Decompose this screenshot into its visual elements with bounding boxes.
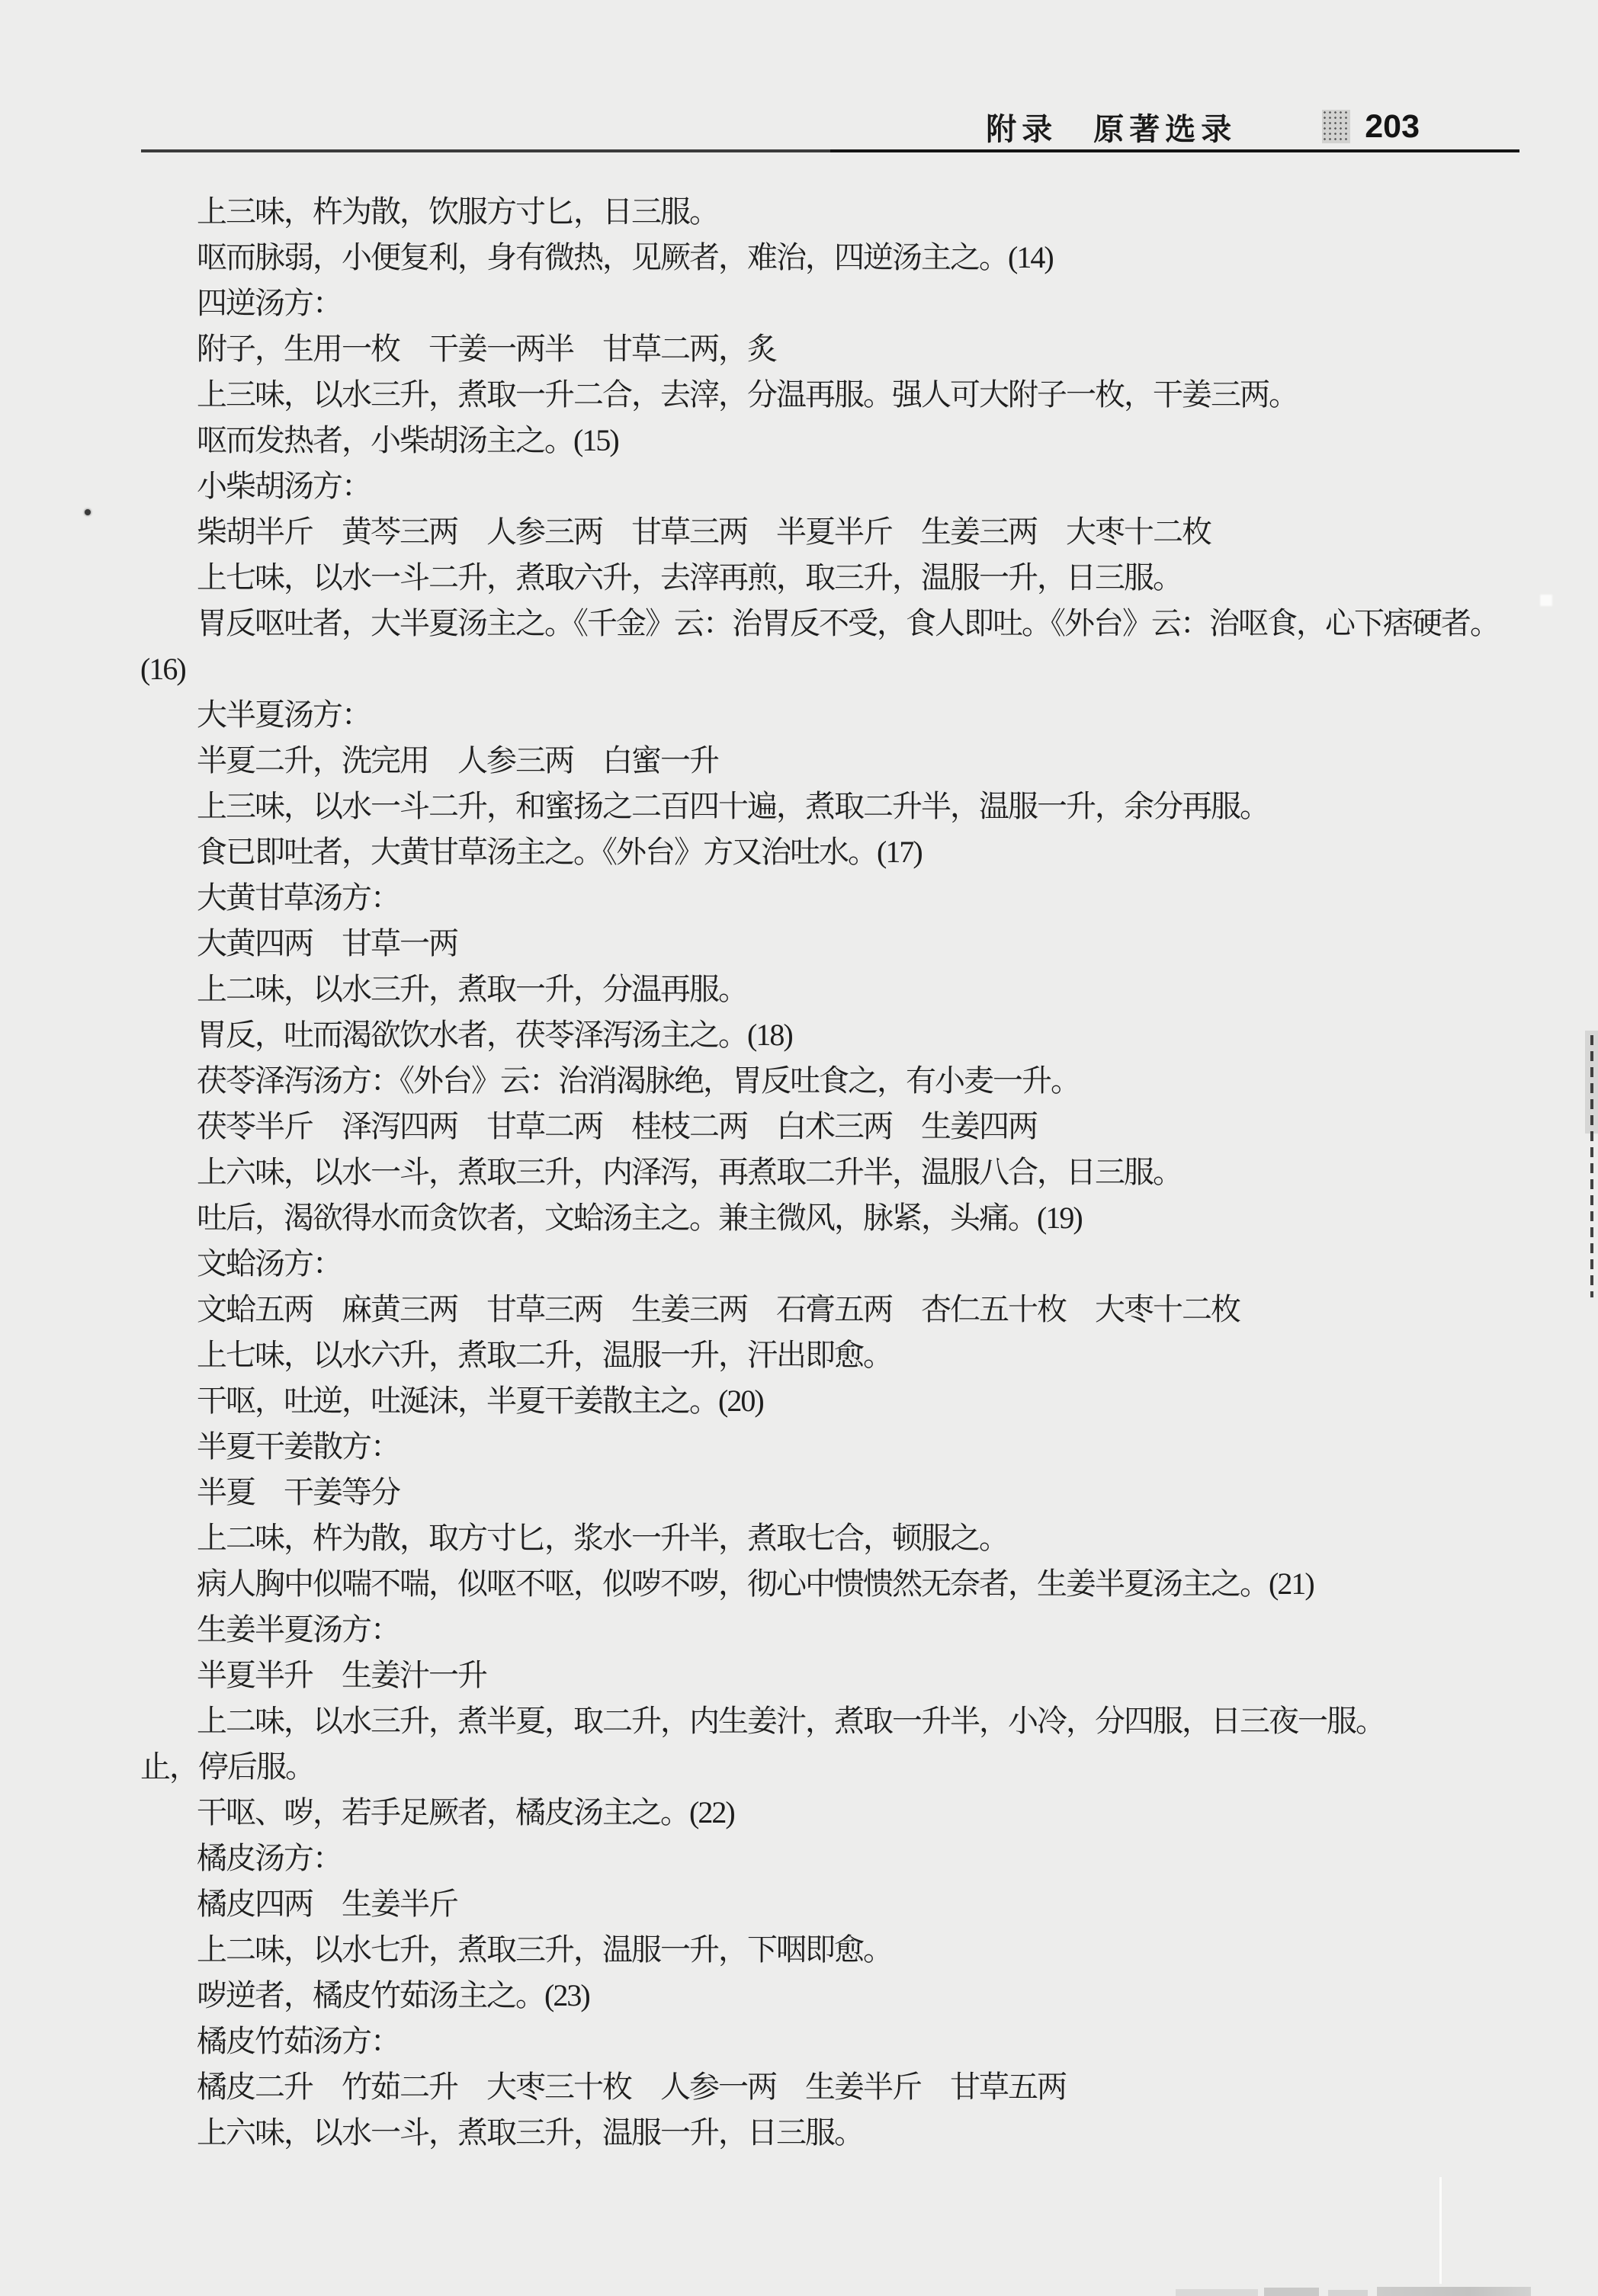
body-text: 上三味，杵为散，饮服方寸匕，日三服。呕而脉弱，小便复利，身有微热，见厥者，难治，… xyxy=(140,189,1574,2156)
text-line: 上二味，以水三升，煮半夏，取二升，内生姜汁，煮取一升半，小冷，分四服，日三夜一服… xyxy=(140,1698,1574,1744)
text-line: 胃反呕吐者，大半夏汤主之。《千金》云：治胃反不受，食人即吐。《外台》云：治呕食，… xyxy=(140,601,1574,646)
text-line: 四逆汤方： xyxy=(140,281,1574,326)
text-line: 茯苓泽泻汤方：《外台》云：治消渴脉绝，胃反吐食之，有小麦一升。 xyxy=(140,1058,1574,1104)
halftone-square-icon xyxy=(1322,110,1350,143)
text-line: 上三味，杵为散，饮服方寸匕，日三服。 xyxy=(140,189,1574,235)
text-line: 干呕，吐逆，吐涎沫，半夏干姜散主之。(20) xyxy=(140,1378,1574,1424)
text-line: 吐后，渴欲得水而贪饮者，文蛤汤主之。兼主微风，脉紧，头痛。(19) xyxy=(140,1195,1574,1241)
text-line: 半夏二升，洗完用 人参三两 白蜜一升 xyxy=(140,738,1574,784)
text-line: 半夏干姜散方： xyxy=(140,1424,1574,1470)
running-head-title: 附录 原著选录 xyxy=(986,105,1237,149)
text-line: 大黄四两 甘草一两 xyxy=(140,921,1574,967)
text-line: 橘皮汤方： xyxy=(140,1836,1574,1881)
page-header: 附录 原著选录 203 xyxy=(986,107,1420,146)
text-line: 附子，生用一枚 干姜一两半 甘草二两，炙 xyxy=(140,326,1574,372)
text-line: 生姜半夏汤方： xyxy=(140,1607,1574,1653)
page-number: 203 xyxy=(1365,108,1420,146)
text-line: 病人胸中似喘不喘，似呕不呕，似哕不哕，彻心中愦愦然无奈者，生姜半夏汤主之。(21… xyxy=(140,1561,1574,1607)
text-line: 胃反，吐而渴欲饮水者，茯苓泽泻汤主之。(18) xyxy=(140,1012,1574,1058)
text-line: 上六味，以水一斗，煮取三升，内泽泻，再煮取二升半，温服八合，日三服。 xyxy=(140,1150,1574,1195)
text-line: 文蛤五两 麻黄三两 甘草三两 生姜三两 石膏五两 杏仁五十枚 大枣十二枚 xyxy=(140,1287,1574,1332)
text-line: 大半夏汤方： xyxy=(140,692,1574,738)
text-line: 小柴胡汤方： xyxy=(140,463,1574,509)
text-line: (16) xyxy=(140,646,1574,692)
text-line: 呕而发热者，小柴胡汤主之。(15) xyxy=(140,418,1574,463)
scan-white-scratch xyxy=(1439,2177,1442,2284)
text-line: 橘皮二升 竹茹二升 大枣三十枚 人参一两 生姜半斤 甘草五两 xyxy=(140,2064,1574,2110)
text-line: 半夏 干姜等分 xyxy=(140,1470,1574,1515)
scan-bottom-smudge xyxy=(1328,2290,1368,2296)
text-line: 橘皮竹茹汤方： xyxy=(140,2019,1574,2064)
text-line: 上二味，杵为散，取方寸匕，浆水一升半，煮取七合，顿服之。 xyxy=(140,1515,1574,1561)
text-line: 上二味，以水三升，煮取一升，分温再服。 xyxy=(140,967,1574,1012)
text-line: 止，停后服。 xyxy=(140,1744,1574,1790)
scan-speck-dot xyxy=(85,509,91,515)
text-line: 上七味，以水六升，煮取二升，温服一升，汗出即愈。 xyxy=(140,1332,1574,1378)
scan-bottom-smudge xyxy=(1377,2287,1531,2296)
text-line: 半夏半升 生姜汁一升 xyxy=(140,1653,1574,1698)
header-divider-rule xyxy=(141,149,1519,152)
text-line: 文蛤汤方： xyxy=(140,1241,1574,1287)
text-line: 上二味，以水七升，煮取三升，温服一升，下咽即愈。 xyxy=(140,1927,1574,1973)
text-line: 茯苓半斤 泽泻四两 甘草二两 桂枝二两 白术三两 生姜四两 xyxy=(140,1104,1574,1150)
text-line: 干呕、哕，若手足厥者，橘皮汤主之。(22) xyxy=(140,1790,1574,1836)
text-line: 上六味，以水一斗，煮取三升，温服一升，日三服。 xyxy=(140,2110,1574,2156)
scan-bottom-smudge xyxy=(1264,2288,1319,2296)
scanned-book-page: 附录 原著选录 203 上三味，杵为散，饮服方寸匕，日三服。呕而脉弱，小便复利，… xyxy=(0,0,1598,2296)
text-line: 呕而脉弱，小便复利，身有微热，见厥者，难治，四逆汤主之。(14) xyxy=(140,235,1574,281)
text-line: 上三味，以水三升，煮取一升二合，去滓，分温再服。强人可大附子一枚，干姜三两。 xyxy=(140,372,1574,418)
scan-white-patch xyxy=(1540,595,1552,606)
text-line: 上三味，以水一斗二升，和蜜扬之二百四十遍，煮取二升半，温服一升，余分再服。 xyxy=(140,784,1574,829)
text-line: 橘皮四两 生姜半斤 xyxy=(140,1881,1574,1927)
text-line: 柴胡半斤 黄芩三两 人参三两 甘草三两 半夏半斤 生姜三两 大枣十二枚 xyxy=(140,509,1574,555)
scan-edge-dash-line xyxy=(1590,1035,1593,1297)
text-line: 上七味，以水一斗二升，煮取六升，去滓再煎，取三升，温服一升，日三服。 xyxy=(140,555,1574,601)
scan-bottom-smudge xyxy=(1176,2289,1258,2296)
text-line: 大黄甘草汤方： xyxy=(140,875,1574,921)
text-line: 食已即吐者，大黄甘草汤主之。《外台》方又治吐水。(17) xyxy=(140,829,1574,875)
text-line: 哕逆者，橘皮竹茹汤主之。(23) xyxy=(140,1973,1574,2019)
